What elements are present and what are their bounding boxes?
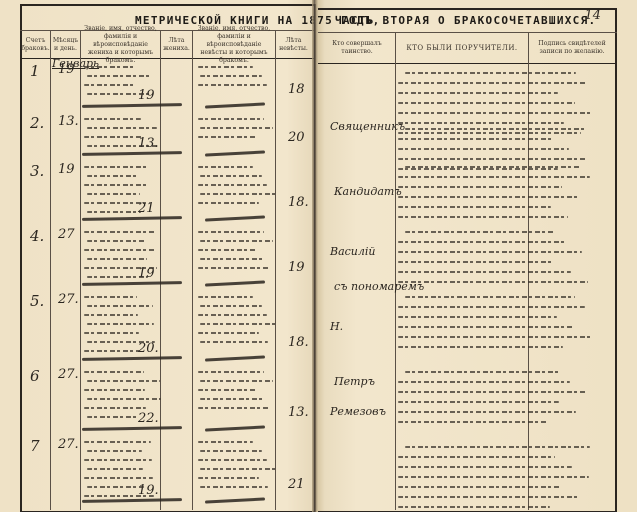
groom-age: 20.	[138, 341, 159, 356]
metrical-book-spread: МЕТРИЧЕСКОЙ КНИГИ НА 1875 ГОДЪ, Счетъ бр…	[0, 0, 637, 512]
bride-entry-line	[198, 407, 270, 409]
officiant-name: Н.	[330, 320, 343, 333]
surety-entry-line	[398, 506, 550, 508]
marriage-number: 4.	[30, 227, 44, 245]
col-header-officiant: Кто совершалъ таинство.	[319, 33, 395, 63]
bride-entry-line	[198, 66, 253, 68]
bride-entry-line	[198, 136, 256, 138]
bride-entry-line	[198, 166, 253, 168]
col-header-date: Мѣсяцъ и день.	[51, 31, 80, 58]
surety-entry-line	[398, 271, 571, 273]
bride-entry-line	[198, 441, 253, 443]
groom-age: 13.	[138, 136, 159, 151]
groom-entry-line	[87, 468, 143, 470]
bride-age: 13.	[288, 405, 309, 420]
surety-entry-line	[405, 72, 576, 74]
col-divider	[275, 30, 276, 510]
col-divider	[80, 30, 81, 510]
marriage-day: 27.	[58, 367, 79, 382]
bride-entry-line	[200, 323, 276, 325]
marriage-day: 27.	[58, 437, 79, 452]
bride-entry-line	[198, 314, 267, 316]
header-bottom-rule	[318, 63, 617, 64]
col-header-groom: Званіе, имя, отчество, фамилія и вѣроисп…	[81, 31, 160, 58]
col-header-bride: Званіе, имя, отчество, фамиліи и вѣроисп…	[193, 31, 275, 58]
col-divider	[50, 30, 51, 510]
marriage-number: 6	[30, 367, 40, 385]
groom-entry-line	[87, 416, 137, 418]
surety-entry-line	[398, 486, 561, 488]
bride-entry-line	[198, 231, 264, 233]
bride-entry-line	[200, 486, 268, 488]
groom-entry-line	[84, 267, 157, 269]
groom-age: 19	[138, 88, 155, 103]
bride-entry-line	[200, 75, 262, 77]
groom-entry-line	[84, 407, 146, 409]
bride-entry-line	[200, 380, 273, 382]
marriage-day: 13.	[58, 114, 79, 129]
surety-entry-line	[398, 186, 562, 188]
bride-entry-line	[200, 450, 262, 452]
surety-entry-line	[398, 82, 586, 84]
surety-entry-line	[398, 326, 574, 328]
surety-entry-line	[398, 466, 572, 468]
surety-entry-line	[398, 148, 569, 150]
groom-entry-line	[84, 459, 152, 461]
surety-entry-line	[398, 112, 592, 114]
groom-entry-line	[87, 145, 158, 147]
surety-entry-line	[398, 496, 578, 498]
surety-entry-line	[405, 446, 590, 448]
groom-entry-line	[84, 371, 144, 373]
bride-age: 18.	[288, 195, 309, 210]
bride-entry-line	[200, 240, 273, 242]
groom-entry-line	[87, 276, 148, 278]
surety-entry-line	[398, 306, 585, 308]
groom-entry-line	[87, 486, 144, 488]
bride-entry-line	[198, 332, 259, 334]
surety-entry-line	[405, 166, 580, 168]
groom-entry-line	[84, 202, 150, 204]
groom-entry-line	[87, 175, 139, 177]
groom-entry-line	[84, 350, 140, 352]
groom-entry-line	[84, 166, 148, 168]
groom-entry-line	[87, 380, 160, 382]
marriage-number: 3.	[30, 162, 44, 180]
groom-entry-line	[84, 118, 141, 120]
groom-age: 22.	[138, 411, 159, 426]
col-header-sureties: КТО БЫЛИ ПОРУЧИТЕЛИ.	[396, 33, 528, 63]
surety-entry-line	[398, 456, 555, 458]
groom-entry-line	[87, 127, 157, 129]
surety-entry-line	[398, 421, 548, 423]
marriage-number: 2.	[30, 114, 44, 132]
col-divider	[395, 32, 396, 510]
bride-entry-line	[198, 84, 267, 86]
surety-entry-line	[398, 401, 559, 403]
groom-entry-line	[87, 450, 142, 452]
groom-entry-line	[84, 136, 142, 138]
surety-entry-line	[398, 138, 552, 140]
bride-entry-line	[200, 341, 268, 343]
bride-entry-line	[200, 193, 276, 195]
groom-entry-line	[84, 249, 156, 251]
marriage-number: 7	[30, 437, 40, 455]
surety-entry-line	[398, 168, 558, 170]
bride-entry-line	[198, 389, 256, 391]
surety-entry-line	[398, 411, 576, 413]
groom-entry-line	[84, 84, 135, 86]
bride-entry-line	[198, 184, 267, 186]
marriage-number: 1	[30, 62, 40, 80]
surety-entry-line	[398, 92, 558, 94]
surety-entry-line	[405, 128, 587, 130]
bride-age: 21	[288, 477, 305, 492]
bride-age: 19	[288, 260, 305, 275]
surety-entry-line	[405, 231, 555, 233]
surety-entry-line	[398, 158, 586, 160]
marriage-day: 27	[58, 227, 75, 242]
marriage-number: 5.	[30, 292, 44, 310]
groom-entry-line	[87, 75, 150, 77]
officiant-name: Петръ	[334, 375, 375, 388]
groom-entry-line	[84, 477, 153, 479]
surety-entry-line	[398, 391, 587, 393]
bride-entry-line	[200, 258, 265, 260]
surety-entry-line	[398, 122, 564, 124]
groom-entry-line	[87, 211, 141, 213]
officiant-name: Священникъ	[330, 120, 405, 133]
bride-entry-line	[198, 249, 256, 251]
bride-entry-line	[198, 202, 259, 204]
groom-entry-line	[84, 389, 145, 391]
surety-entry-line	[398, 251, 582, 253]
groom-entry-line	[84, 66, 134, 68]
col-header-number: Счетъ браковъ.	[21, 31, 50, 58]
surety-entry-line	[398, 336, 591, 338]
bride-entry-line	[200, 398, 265, 400]
surety-entry-line	[398, 132, 581, 134]
groom-entry-line	[84, 332, 139, 334]
left-page-frame	[20, 4, 316, 512]
bride-entry-line	[198, 459, 267, 461]
groom-entry-line	[87, 305, 153, 307]
bride-entry-line	[200, 127, 273, 129]
bride-entry-line	[198, 296, 253, 298]
groom-entry-line	[87, 398, 161, 400]
bride-entry-line	[200, 468, 276, 470]
surety-entry-line	[405, 371, 560, 373]
surety-entry-line	[398, 176, 590, 178]
groom-entry-line	[87, 258, 147, 260]
groom-entry-line	[87, 240, 146, 242]
marriage-day: 27.	[58, 292, 79, 307]
officiant-name: Ремезовъ	[330, 405, 386, 418]
surety-entry-line	[398, 346, 563, 348]
bride-age: 18.	[288, 335, 309, 350]
bride-entry-line	[198, 477, 259, 479]
col-header-bride-age: Лѣта невѣсты.	[276, 31, 311, 58]
bride-age: 20	[288, 130, 305, 145]
surety-entry-line	[398, 241, 565, 243]
groom-entry-line	[84, 441, 151, 443]
groom-entry-line	[87, 323, 154, 325]
groom-entry-line	[84, 495, 154, 497]
bride-entry-line	[198, 267, 270, 269]
bride-age: 18	[288, 82, 305, 97]
groom-entry-line	[84, 231, 155, 233]
groom-entry-line	[84, 184, 149, 186]
groom-entry-line	[84, 296, 137, 298]
officiant-name: Кандидатъ	[334, 185, 402, 198]
groom-entry-line	[87, 193, 140, 195]
groom-entry-line	[87, 341, 155, 343]
bride-entry-line	[198, 118, 264, 120]
surety-entry-line	[398, 476, 589, 478]
surety-entry-line	[405, 296, 575, 298]
col-divider	[192, 30, 193, 510]
bride-entry-line	[198, 371, 264, 373]
surety-entry-line	[398, 281, 588, 283]
surety-entry-line	[398, 216, 568, 218]
col-header-signatures: Подпись свидѣтелей записи по желанію.	[529, 33, 615, 63]
col-divider	[160, 30, 161, 510]
surety-entry-line	[398, 381, 570, 383]
marriage-day: 19	[58, 162, 75, 177]
groom-entry-line	[87, 93, 151, 95]
surety-entry-line	[398, 196, 579, 198]
surety-entry-line	[398, 206, 551, 208]
surety-entry-line	[398, 261, 554, 263]
surety-entry-line	[398, 316, 557, 318]
marriage-day: 19	[58, 62, 75, 77]
surety-entry-line	[398, 102, 575, 104]
bride-entry-line	[200, 175, 262, 177]
groom-entry-line	[84, 314, 138, 316]
bride-entry-line	[200, 305, 262, 307]
col-header-groom-age: Лѣта жениха.	[161, 31, 192, 58]
officiant-name: Василій	[330, 245, 376, 258]
